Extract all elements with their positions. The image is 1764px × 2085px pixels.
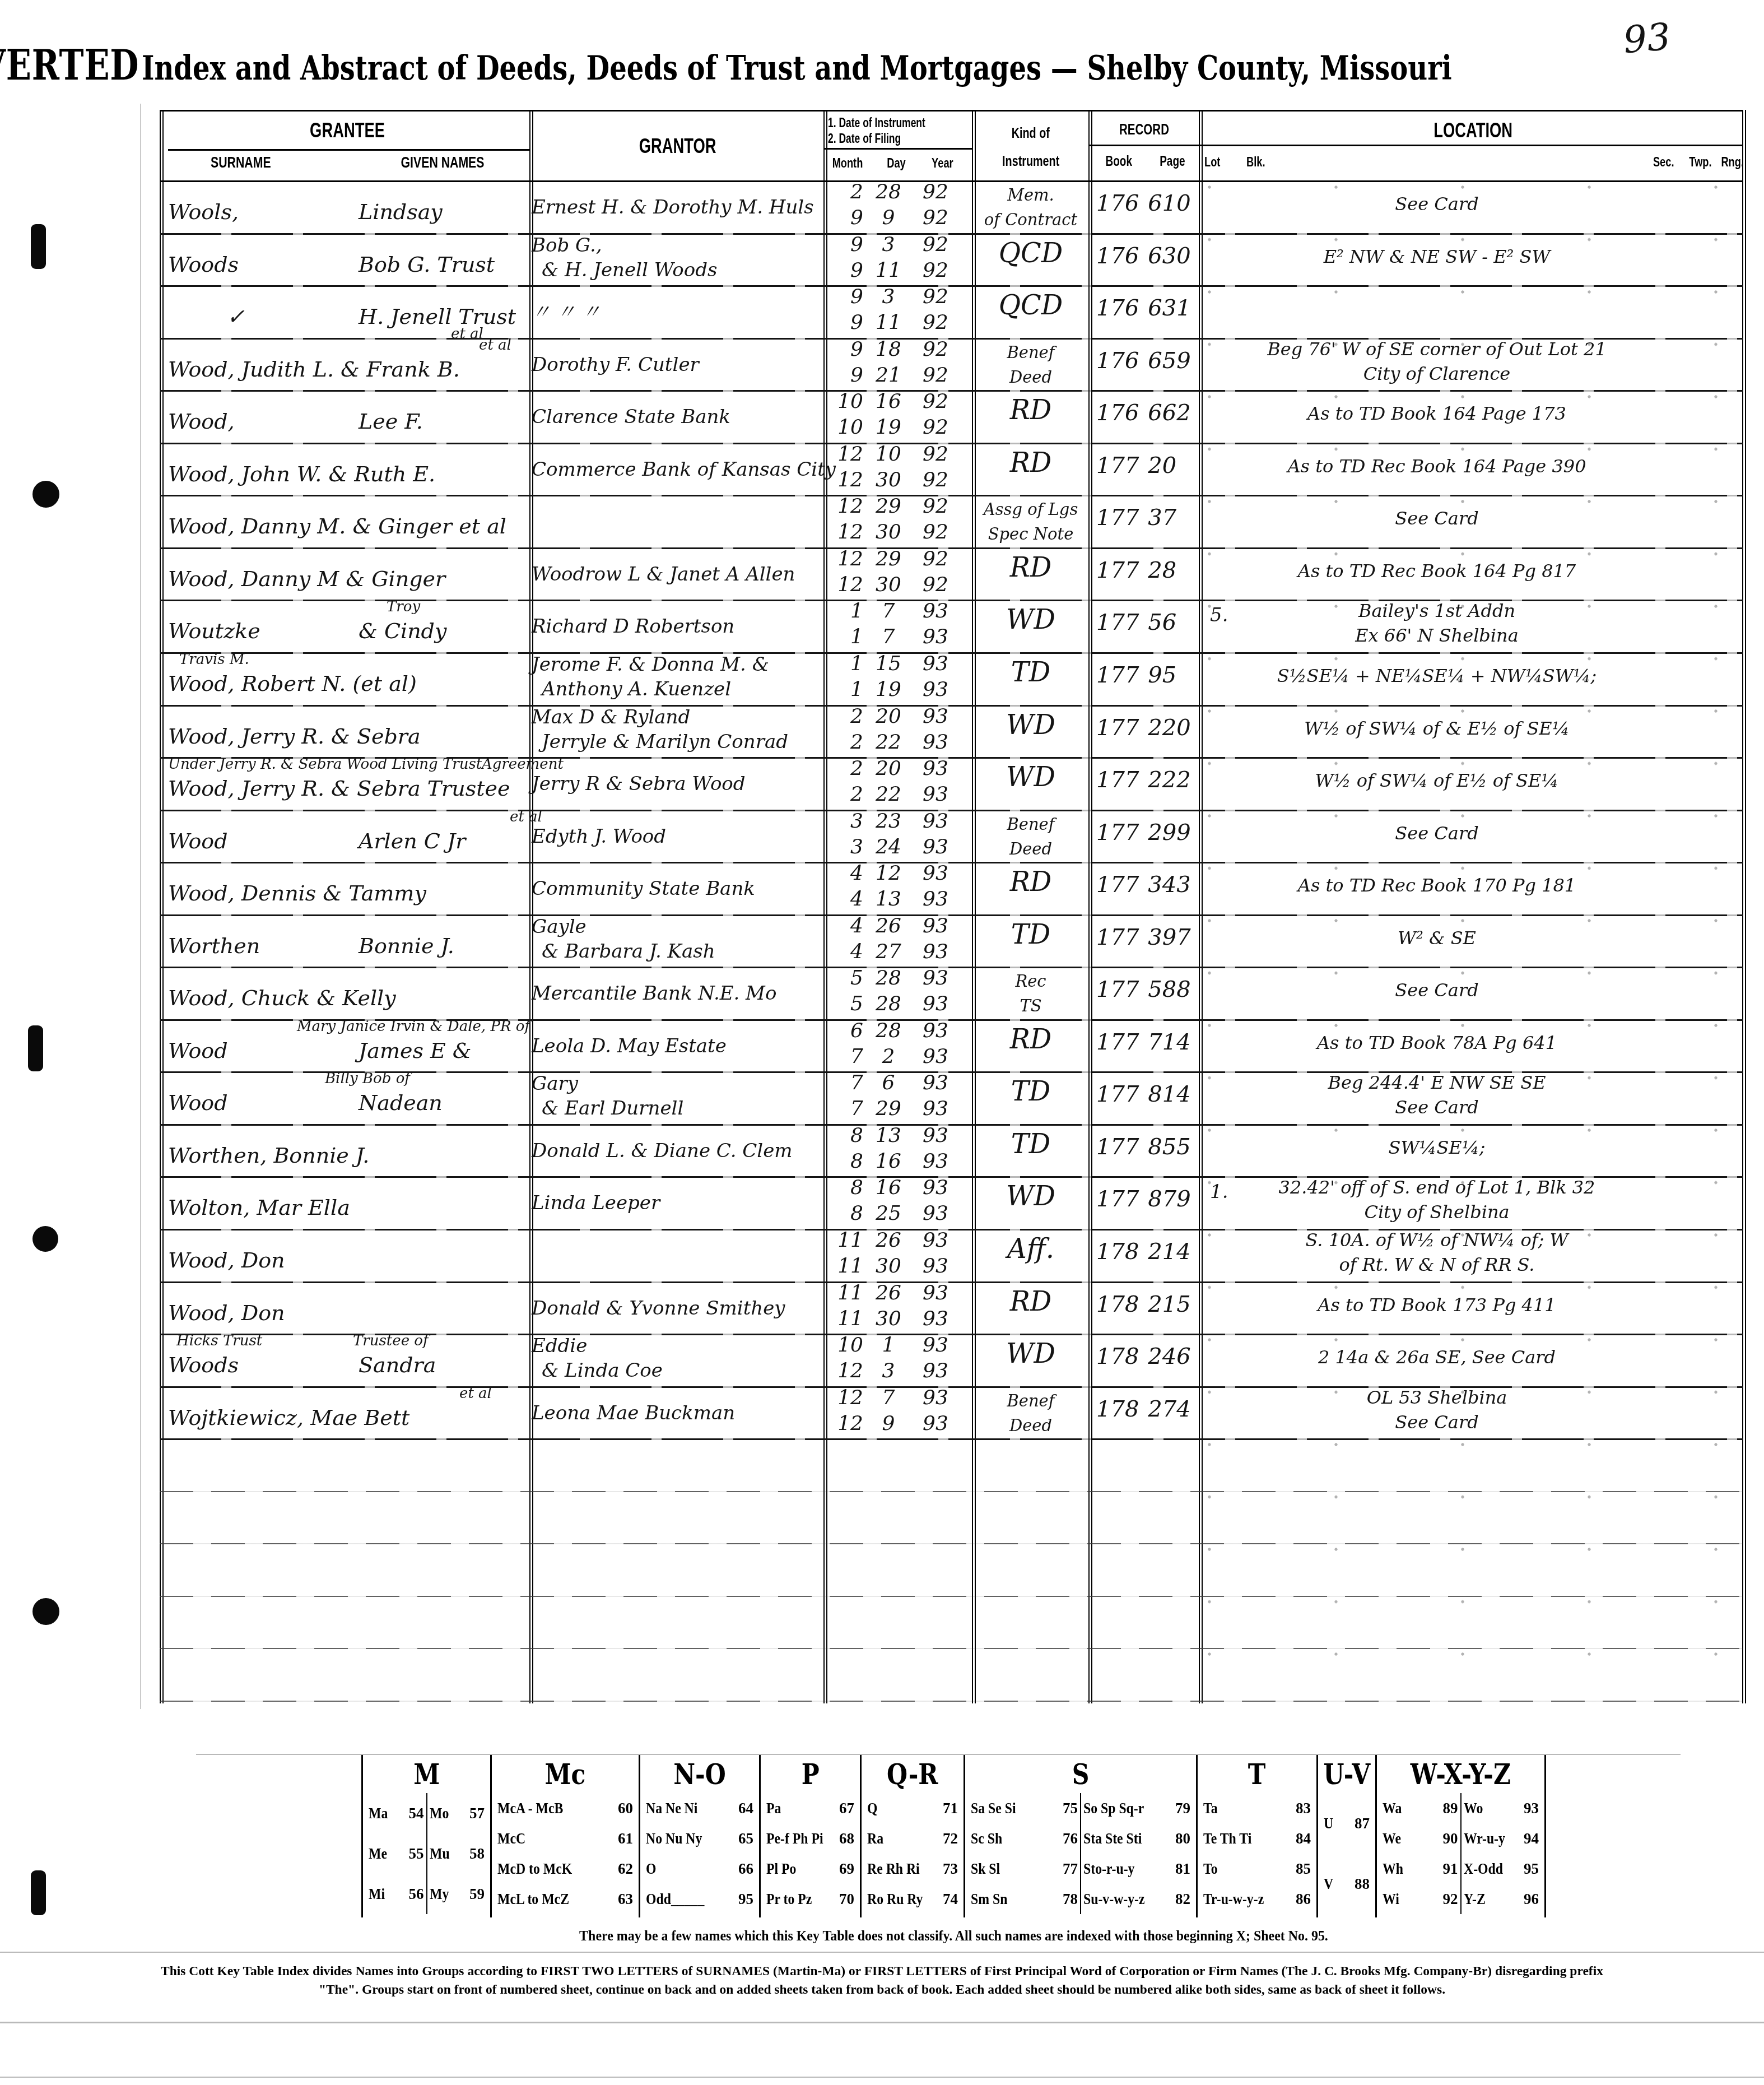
page-title: INVERTED Index and Abstract of Deeds, De… xyxy=(0,41,1764,90)
location-cell: E² NW & NE SW - E² SW xyxy=(1252,244,1622,269)
grantor-name: Clarence State Bank xyxy=(532,405,857,429)
table-row: Under Jerry R. & Sebra Wood Living Trust… xyxy=(160,757,1743,810)
key-entry-number: 96 xyxy=(1524,1891,1539,1908)
key-entry-number: 93 xyxy=(1524,1800,1539,1817)
location-text: See Card xyxy=(1252,821,1622,846)
date-part: 8 xyxy=(829,1150,863,1176)
date-of-filing: 12393 xyxy=(829,1359,975,1385)
date-part: 11 xyxy=(829,1307,863,1333)
page-header: Page xyxy=(1147,154,1198,170)
table-rule-line xyxy=(160,1543,1743,1544)
key-entry-number: 75 xyxy=(1063,1800,1078,1817)
date-part: 29 xyxy=(863,495,914,521)
date-part: 2 xyxy=(829,783,863,809)
kind-of-instrument-cell: RD xyxy=(975,555,1087,580)
date-part: 22 xyxy=(863,783,914,809)
grantee-surname: Worthen xyxy=(168,934,260,958)
key-entry: Sm Sn78 xyxy=(971,1891,1078,1908)
location-cell: See Card xyxy=(1252,506,1622,531)
date-cell: 112693113093 xyxy=(825,1281,975,1333)
key-entry-label: Mu xyxy=(430,1845,450,1863)
date-of-instrument: 42693 xyxy=(829,914,975,940)
date-of-filing: 42793 xyxy=(829,940,975,966)
kind-of-instrument-cell: RecTS xyxy=(975,969,1087,1018)
date-part: 12 xyxy=(829,521,863,546)
key-entry-label: Tr-u-w-y-z xyxy=(1203,1891,1264,1908)
date-of-instrument: 22892 xyxy=(829,180,975,206)
grantor-name: Jerome F. & Donna M. & xyxy=(532,652,857,677)
kind-of-instrument: RD xyxy=(975,1027,1087,1052)
key-group-header: U-V xyxy=(1318,1758,1375,1791)
title-rest: Index and Abstract of Deeds, Deeds of Tr… xyxy=(141,49,1451,88)
grantee-note: Travis M. xyxy=(179,651,249,668)
scan-line xyxy=(0,2077,1764,2078)
date-of-filing: 91192 xyxy=(829,259,975,285)
sec-twp-rng: 1 56 12 xyxy=(1616,707,1764,731)
date-of-filing: 41393 xyxy=(829,888,975,913)
location-text: As to TD Book 78A Pg 641 xyxy=(1252,1030,1622,1055)
date-of-filing: 91192 xyxy=(829,311,975,337)
date-part: 28 xyxy=(863,1019,914,1045)
date-part: 12 xyxy=(829,547,863,573)
date-part: 93 xyxy=(914,1359,957,1385)
sec-twp-rng-cell: 8 57.10 xyxy=(1616,1126,1764,1150)
date-part: 93 xyxy=(914,992,957,1018)
date-part: 10 xyxy=(829,416,863,442)
kind-of-instrument-cell: TD xyxy=(975,922,1087,947)
date-part: 93 xyxy=(914,1307,957,1333)
grantor-cell: Jerome F. & Donna M. &Anthony A. Kuenzel xyxy=(532,652,857,702)
grantor-cell: Woodrow L & Janet A Allen xyxy=(532,562,857,587)
date-part: 4 xyxy=(829,862,863,888)
date-part: 8 xyxy=(829,1124,863,1150)
sec-twp-rng-cell: 8 58 10 xyxy=(1616,917,1764,940)
record-book: 177 xyxy=(1096,872,1139,898)
record-page: 879 xyxy=(1148,1186,1190,1212)
day-header: Day xyxy=(874,156,919,171)
record-cell: 177222 xyxy=(1096,767,1214,793)
date-cell: 9189292192 xyxy=(825,338,975,389)
scan-line xyxy=(0,2022,1764,2023)
date-part: 93 xyxy=(914,731,957,756)
key-entry-number: 62 xyxy=(618,1860,633,1878)
sec-twp-rng: 2 56 12 xyxy=(1616,783,1764,806)
grantor-cell: Leola D. May Estate xyxy=(532,1034,857,1058)
key-group: PPa67Pe-f Ph Pi68Pl Po69Pr to Pz70 xyxy=(759,1755,860,1917)
grantee-note: Hicks Trust xyxy=(176,1332,262,1349)
date-part: 9 xyxy=(829,311,863,337)
key-entry: McA - McB60 xyxy=(497,1800,633,1817)
table-row: Travis M.Wood, Robert N. (et al)Jerome F… xyxy=(160,652,1743,705)
date-part: 15 xyxy=(863,652,914,678)
date-of-instrument: 112693 xyxy=(829,1229,975,1255)
kind-of-instrument-cell: BenefDeed xyxy=(975,812,1087,861)
location-text: See Card xyxy=(1252,978,1622,1002)
key-entry-number: 64 xyxy=(738,1800,753,1817)
location-cell: See Card xyxy=(1252,978,1622,1002)
record-page: 95 xyxy=(1148,662,1176,688)
key-entry: O66 xyxy=(646,1860,753,1878)
key-group-column: Pa67Pe-f Ph Pi68Pl Po69Pr to Pz70 xyxy=(764,1793,857,1914)
grantee-surname: Wood, John W. & Ruth E. xyxy=(168,462,435,486)
given-names-header: GIVEN NAMES xyxy=(364,154,521,171)
sec-twp-rng-cell: 1 56 122 56 12 xyxy=(1616,759,1764,806)
key-group-columns: Wa89We90Wh91Wi92Wo93Wr-u-y94X-Odd95Y-Z96 xyxy=(1377,1791,1544,1917)
date-part: 92 xyxy=(914,521,957,546)
key-entry-label: Pa xyxy=(766,1800,781,1817)
date-part: 12 xyxy=(829,1412,863,1438)
record-book: 177 xyxy=(1096,925,1139,950)
key-entry-number: 78 xyxy=(1063,1891,1078,1908)
key-entry-number: 72 xyxy=(943,1830,958,1847)
kind-of-instrument: RD xyxy=(975,1289,1087,1314)
date-of-instrument: 7693 xyxy=(829,1071,975,1097)
date-part: 9 xyxy=(829,259,863,285)
key-entry: Sto-r-u-y81 xyxy=(1083,1860,1190,1878)
kind-of-instrument: TD xyxy=(975,922,1087,947)
date-of-filing: 72993 xyxy=(829,1097,975,1123)
date-part: 2 xyxy=(829,731,863,756)
key-group: Q-RQ71Ra72Re Rh Ri73Ro Ru Ry74 xyxy=(860,1755,964,1917)
date-part: 1 xyxy=(863,1334,914,1359)
date-part: 1 xyxy=(829,600,863,625)
date-cell: 122992123092 xyxy=(825,547,975,599)
location-cell: 32.42' off of S. end of Lot 1, Blk 32Cit… xyxy=(1252,1175,1622,1224)
grantee-surname: Wood, Jerry R. & Sebra xyxy=(168,724,421,749)
location-cell: As to TD Rec Book 164 Pg 817 xyxy=(1252,559,1622,583)
record-cell: 17720 xyxy=(1096,453,1214,479)
date-of-instrument: 91892 xyxy=(829,338,975,364)
date-part: 9 xyxy=(863,206,914,232)
key-group-header: M xyxy=(363,1758,490,1791)
table-rule-line xyxy=(160,110,1743,112)
record-cell: 177855 xyxy=(1096,1134,1214,1160)
date-cell: 628937293 xyxy=(825,1019,975,1071)
key-entry-label: O xyxy=(646,1860,656,1878)
key-entry: Me55 xyxy=(369,1845,424,1863)
key-entry: Mi56 xyxy=(369,1886,424,1903)
key-entry-number: 57 xyxy=(469,1805,485,1822)
key-entry: My59 xyxy=(430,1886,485,1903)
location-text: Beg 76' W of SE corner of Out Lot 21 xyxy=(1252,337,1622,361)
date-part: 93 xyxy=(914,1176,957,1202)
date-of-instrument: 22093 xyxy=(829,757,975,783)
location-text: 2 14a & 26a SE, See Card xyxy=(1252,1345,1622,1369)
date-of-filing: 32493 xyxy=(829,835,975,861)
kind-of-instrument: RD xyxy=(975,398,1087,422)
record-page: 662 xyxy=(1148,400,1190,426)
sec-twp-rng-cell: 3 57 1034 58 10 xyxy=(1616,235,1764,282)
date-part: 11 xyxy=(863,259,914,285)
kind-of-instrument: TD xyxy=(975,1079,1087,1104)
key-entry-label: Mi xyxy=(369,1886,385,1903)
instrument-header: Instrument xyxy=(975,152,1087,170)
date-of-instrument: 81393 xyxy=(829,1124,975,1150)
date-part: 93 xyxy=(914,810,957,835)
key-group-header-text: U-V xyxy=(1323,1758,1370,1791)
record-page: 28 xyxy=(1148,558,1176,583)
record-page: 659 xyxy=(1148,348,1190,374)
grantee-given-names: Lindsay xyxy=(359,199,443,224)
date-part: 12 xyxy=(829,495,863,521)
kind-of-instrument: Mem. xyxy=(975,183,1087,207)
record-book: 177 xyxy=(1096,453,1139,479)
kind-of-instrument-cell: WD xyxy=(975,713,1087,737)
date-of-filing: 123092 xyxy=(829,573,975,599)
record-cell: 177397 xyxy=(1096,925,1214,950)
key-entry: Sc Sh76 xyxy=(971,1830,1078,1847)
key-entry-label: McA - McB xyxy=(497,1800,563,1817)
kind-of-instrument: WD xyxy=(975,1184,1087,1209)
date-part: 29 xyxy=(863,1097,914,1123)
table-row: Wood, Chuck & KellyMercantile Bank N.E. … xyxy=(160,967,1743,1019)
record-book: 176 xyxy=(1096,243,1139,269)
location-cell: 2 14a & 26a SE, See Card xyxy=(1252,1345,1622,1369)
date-part: 29 xyxy=(863,547,914,573)
date-cell: 17931793 xyxy=(825,600,975,651)
key-entry: V88 xyxy=(1324,1875,1370,1893)
kind-of-instrument: Benef xyxy=(975,1389,1087,1413)
date-of-instrument: 122992 xyxy=(829,495,975,521)
date-of-instrument: 1793 xyxy=(829,600,975,625)
record-cell: 176610 xyxy=(1096,191,1214,216)
grantor-name: & Earl Durnell xyxy=(542,1096,857,1121)
date-cell: 1279312993 xyxy=(825,1386,975,1438)
grantor-name: Commerce Bank of Kansas City xyxy=(532,457,857,482)
grantor-name: Max D & Ryland xyxy=(532,705,857,730)
kind-of-instrument: QCD xyxy=(975,241,1087,266)
record-book: 176 xyxy=(1096,400,1139,426)
key-entry-number: 76 xyxy=(1063,1830,1078,1847)
key-group-column: Wo93Wr-u-y94X-Odd95Y-Z96 xyxy=(1460,1793,1542,1914)
key-entry-number: 70 xyxy=(839,1891,854,1908)
grantor-cell: Donald L. & Diane C. Clem xyxy=(532,1139,857,1163)
key-entry-label: X-Odd xyxy=(1464,1860,1503,1878)
sec-header: Sec. xyxy=(1644,155,1683,170)
record-page: 246 xyxy=(1148,1344,1190,1369)
key-entry-label: Y-Z xyxy=(1464,1891,1486,1908)
key-entry-label: V xyxy=(1324,1875,1333,1893)
key-entry: Wi92 xyxy=(1383,1891,1458,1908)
record-header: RECORD xyxy=(1092,121,1196,138)
sec-twp-rng: 8 57.10 xyxy=(1616,1126,1764,1150)
location-text: S½SE¼ + NE¼SE¼ + NW¼SW¼; xyxy=(1252,663,1622,688)
record-page: 56 xyxy=(1148,610,1176,635)
date-part: 92 xyxy=(914,259,957,285)
key-entry-label: We xyxy=(1383,1830,1401,1847)
grantor-name: Gary xyxy=(532,1071,857,1096)
record-book: 177 xyxy=(1096,715,1139,741)
key-group-header: S xyxy=(965,1758,1196,1791)
date-of-instrument: 122992 xyxy=(829,547,975,573)
key-entry: Sa Se Si75 xyxy=(971,1800,1078,1817)
date-part: 8 xyxy=(829,1202,863,1228)
location-cell: As to TD Book 78A Pg 641 xyxy=(1252,1030,1622,1055)
grantor-name: Richard D Robertson xyxy=(532,614,857,639)
key-group-columns: Na Ne Ni64No Nu Ny65O66Odd_____95 xyxy=(640,1791,759,1917)
location-text: W² & SE xyxy=(1252,926,1622,950)
key-entry-label: To xyxy=(1203,1860,1218,1878)
key-group-columns: Ta83Te Th Ti84To85Tr-u-w-y-z86 xyxy=(1198,1791,1316,1917)
date-of-instrument: 62893 xyxy=(829,1019,975,1045)
record-cell: 177220 xyxy=(1096,715,1214,741)
kind-of-instrument-cell: WD xyxy=(975,1341,1087,1366)
key-group-column: Ta83Te Th Ti84To85Tr-u-w-y-z86 xyxy=(1201,1793,1313,1914)
key-entry: Pa67 xyxy=(766,1800,854,1817)
key-entry-number: 60 xyxy=(618,1800,633,1817)
table-row: Wood, Don112693113093Aff.178214S. 10A. o… xyxy=(160,1229,1743,1281)
kind-of-instrument-cell: Assg of LgsSpec Note xyxy=(975,497,1087,546)
record-book: 177 xyxy=(1096,1081,1139,1107)
table-row: Wools,LindsayErnest H. & Dorothy M. Huls… xyxy=(160,180,1743,233)
grantee-given-names: James E & xyxy=(359,1038,472,1063)
sec-twp-rng: 8 58 10 xyxy=(1616,917,1764,940)
record-cell: 17795 xyxy=(1096,662,1214,688)
record-book: 177 xyxy=(1096,662,1139,688)
record-page: 610 xyxy=(1148,191,1190,216)
grantee-surname: Wools, xyxy=(168,199,239,224)
kind-of-instrument-cell: WD xyxy=(975,765,1087,790)
key-group: TTa83Te Th Ti84To85Tr-u-w-y-z86 xyxy=(1196,1755,1316,1917)
key-entry: So Sp Sq-r79 xyxy=(1083,1800,1190,1817)
key-group-column: Mo57Mu58My59 xyxy=(426,1793,487,1914)
record-cell: 177814 xyxy=(1096,1081,1214,1107)
kind-of-instrument: Benef xyxy=(975,812,1087,837)
sec-twp-rng: 1 56 12 xyxy=(1616,759,1764,783)
date-of-instrument-header: 1. Date of Instrument xyxy=(828,115,968,131)
date-of-instrument: 121092 xyxy=(829,443,975,468)
record-book: 177 xyxy=(1096,505,1139,531)
location-cell: As to TD Book 173 Pg 411 xyxy=(1252,1293,1622,1317)
key-entry: Tr-u-w-y-z86 xyxy=(1203,1891,1311,1908)
kind-of-instrument: Deed xyxy=(975,837,1087,861)
lot-header: Lot xyxy=(1204,155,1244,170)
key-entry-label: Wr-u-y xyxy=(1464,1830,1505,1847)
grantee-surname: Wood, Don xyxy=(168,1248,285,1273)
location-text: See Card xyxy=(1252,506,1622,531)
table-rule-line xyxy=(160,1491,1743,1492)
location-text: As to TD Rec Book 164 Page 390 xyxy=(1252,454,1622,479)
date-of-instrument: 12793 xyxy=(829,1386,975,1412)
table-row: et alWoodArlen C JrEdyth J. Wood32393324… xyxy=(160,810,1743,862)
grantor-name: Jerryle & Marilyn Conrad xyxy=(542,730,857,754)
record-page: 855 xyxy=(1148,1134,1190,1160)
kind-of-instrument-cell: Mem.of Contract xyxy=(975,183,1087,232)
date-part: 93 xyxy=(914,1281,957,1307)
kind-of-instrument: WD xyxy=(975,713,1087,737)
record-book: 177 xyxy=(1096,610,1139,635)
key-entry-number: 94 xyxy=(1524,1830,1539,1847)
grantor-name: Dorothy F. Cutler xyxy=(532,352,857,377)
grantee-given-names: Arlen C Jr xyxy=(359,829,466,853)
key-entry: Pr to Pz70 xyxy=(766,1891,854,1908)
table-row: WoodsBob G. TrustBob G.,& H. Jenell Wood… xyxy=(160,233,1743,286)
date-part: 13 xyxy=(863,888,914,913)
date-part: 92 xyxy=(914,495,957,521)
key-entry-label: My xyxy=(430,1886,449,1903)
key-entry-number: 83 xyxy=(1296,1800,1311,1817)
record-cell: 178214 xyxy=(1096,1239,1214,1265)
record-page: 214 xyxy=(1148,1239,1190,1265)
grantor-name: Donald & Yvonne Smithey xyxy=(532,1296,857,1321)
key-group: W-X-Y-ZWa89We90Wh91Wi92Wo93Wr-u-y94X-Odd… xyxy=(1375,1755,1546,1917)
record-book: 176 xyxy=(1096,348,1139,374)
grantee-surname: Wood, Judith L. & Frank B. xyxy=(168,357,460,382)
date-part: 11 xyxy=(829,1229,863,1255)
key-entry-number: 79 xyxy=(1175,1800,1190,1817)
grantor-cell: Eddie& Linda Coe xyxy=(532,1334,857,1383)
date-part: 1 xyxy=(829,625,863,651)
grantee-surname: ✓ xyxy=(227,304,245,329)
key-entry-number: 58 xyxy=(469,1845,485,1863)
location-text: As to TD Book 173 Pg 411 xyxy=(1252,1293,1622,1317)
grantee-note: Billy Bob of xyxy=(325,1070,410,1087)
grantee-note: et al xyxy=(510,809,542,825)
lot-number: 1. xyxy=(1210,1181,1228,1203)
key-entry: Wo93 xyxy=(1464,1800,1539,1817)
date-part: 30 xyxy=(863,1307,914,1333)
key-entry-number: 84 xyxy=(1296,1830,1311,1847)
grantor-cell: Gayle& Barbara J. Kash xyxy=(532,914,857,964)
kind-of-instrument-cell: RD xyxy=(975,451,1087,475)
key-group-header-text: Mc xyxy=(545,1758,586,1791)
key-entry-label: Pl Po xyxy=(766,1860,796,1878)
location-text: Ex 66' N Shelbina xyxy=(1252,623,1622,648)
key-entry-number: 69 xyxy=(839,1860,854,1878)
date-part: 10 xyxy=(829,390,863,416)
key-group-header: P xyxy=(761,1758,860,1791)
date-cell: 2209322293 xyxy=(825,757,975,809)
record-page: 588 xyxy=(1148,977,1190,1002)
date-cell: 8139381693 xyxy=(825,1124,975,1176)
kind-of-instrument-cell: RD xyxy=(975,398,1087,422)
hole-punch-mark xyxy=(32,1598,59,1625)
kind-of-instrument-cell: RD xyxy=(975,1027,1087,1052)
date-part: 13 xyxy=(863,1124,914,1150)
key-group-header-text: Q-R xyxy=(887,1758,938,1791)
kind-of-instrument: of Contract xyxy=(975,207,1087,232)
kind-of-instrument-cell: TD xyxy=(975,1079,1087,1104)
grantor-cell: Commerce Bank of Kansas City xyxy=(532,457,857,482)
kind-of-instrument-cell: WD xyxy=(975,607,1087,632)
key-group-column: Wa89We90Wh91Wi92 xyxy=(1380,1793,1460,1914)
date-part: 93 xyxy=(914,625,957,651)
grantee-surname: Wood, Don xyxy=(168,1301,285,1325)
date-cell: 1019312393 xyxy=(825,1334,975,1385)
date-cell: 769372993 xyxy=(825,1071,975,1123)
key-entry: Ta83 xyxy=(1203,1800,1311,1817)
date-of-filing: 1793 xyxy=(829,625,975,651)
date-part: 92 xyxy=(914,206,957,232)
sec-twp-rng: 3 57 10 xyxy=(1616,235,1764,259)
kind-of-instrument: QCD xyxy=(975,293,1087,318)
location-text: See Card xyxy=(1252,1095,1622,1120)
date-part: 19 xyxy=(863,678,914,704)
record-book: 176 xyxy=(1096,295,1139,321)
table-rule-line xyxy=(823,148,972,150)
key-group-header: N-O xyxy=(640,1758,759,1791)
grantor-name: Anthony A. Kuenzel xyxy=(542,677,857,702)
record-page: 274 xyxy=(1148,1396,1190,1422)
location-cell: As to TD Rec Book 164 Page 390 xyxy=(1252,454,1622,479)
location-text: E² NW & NE SW - E² SW xyxy=(1252,244,1622,269)
date-part: 7 xyxy=(829,1045,863,1071)
date-part: 16 xyxy=(863,1150,914,1176)
key-entry-number: 67 xyxy=(839,1800,854,1817)
key-entry-label: Wi xyxy=(1383,1891,1399,1908)
table-row: TroyWoutzke& CindyRichard D Robertson179… xyxy=(160,600,1743,652)
date-part: 7 xyxy=(863,625,914,651)
